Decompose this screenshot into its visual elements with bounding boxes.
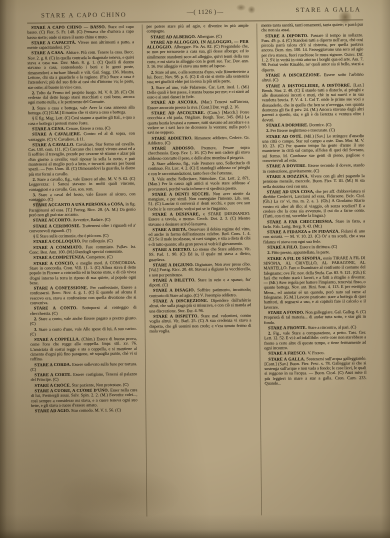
entry-headword: STARE A DENTI SECCHI.	[152, 192, 213, 197]
sense-number: 2.	[266, 129, 270, 134]
sense-paragraph: 2. Stare a cavallo, fig., vale Essere ad…	[29, 177, 136, 193]
entry-headword: STARE A DOVERE.	[267, 164, 308, 169]
sense-number: 2.	[151, 70, 155, 75]
entry-headword: STARE A DIETRO.	[153, 247, 193, 252]
dictionary-entry: STARE A COMMIATO. Fare commiato. Pallav.…	[29, 244, 136, 255]
sense-number: 2.	[267, 251, 271, 256]
entry-headword: STARE A FRONTE.	[268, 325, 308, 330]
dictionary-entry: STARE A CAVALLO. Cavalcare, Star fermo s…	[28, 142, 135, 177]
dictionary-entry: STARE A CORDA. Essere sollevato sulla fu…	[30, 362, 137, 373]
dictionary-entry: STARE AD ASCOLTARE. (Cam.) [Macch.] Porr…	[147, 110, 249, 135]
sense-number: 3.	[151, 85, 156, 90]
entry-headword: STARE A CAVALIERE.	[32, 132, 83, 137]
sense-paragraph: 2. Fig., vale Stare a comparazione, a pe…	[264, 330, 366, 350]
entry-headword: STARE A DISTOGLIERE, A DISTORRE.	[266, 83, 354, 89]
entry-headword: STARE ACCANTO A UNA PERSONA o COSA,	[33, 202, 126, 208]
scanned-dictionary-page: STARE A CAPO CHINO —( 1126 )— STARE A GA…	[0, 0, 390, 538]
dictionary-entry: STARE A DIGIUNO. Digiunare, Non aver pre…	[149, 262, 251, 278]
page-body: STARE A CAPO CHINO —( 1126 )— STARE A GA…	[27, 6, 368, 531]
sense-number: 3.	[33, 193, 39, 198]
dictionary-entry: STARE A CAPACITÀ. Vivere non altrimenti …	[27, 40, 134, 51]
running-head-left: STARE A CAPO CHINO	[41, 12, 127, 20]
sense-paragraph: per potere stare più ad agio, e divenire…	[146, 23, 248, 34]
entry-headword: STARE A CASA.	[31, 51, 65, 56]
sense-paragraph: 2. Stare addosso, fig., vale Premere uno…	[148, 161, 250, 177]
entry-headword: STARE A DIGIUNO.	[153, 263, 195, 268]
dictionary-entry: STARE A GALLA. Sostenersi sull'acqua gal…	[264, 356, 366, 386]
text-block: STARE A CAPO CHINO — BASSO. Stare col ca…	[27, 22, 368, 517]
sense-number: 3.	[152, 177, 157, 182]
dictionary-entry: STARE A CONCIO, e meglio mod. A CONCORDI…	[29, 260, 136, 285]
dictionary-entry: STARE A CONTO. Sottoporsi al conteggio d…	[30, 305, 137, 316]
sense-paragraph: 2. Stare a conto, vale anche Essere paga…	[30, 316, 137, 327]
entry-headword: STARE A CAPO CHINO — BASSO.	[31, 25, 108, 30]
dictionary-entry: STARE A COPPELLA. (Chim.) Essere di buon…	[30, 337, 137, 362]
entry-headword: STARE A FIDANZA o IN FIDANZA.	[267, 229, 341, 234]
entry-headword: STARE A COMPETENZA.	[33, 255, 86, 260]
dictionary-entry: STARE A DILETTO. Stare in ozio e a spass…	[149, 277, 251, 288]
dictionary-entry: STARE AD OSTE. (Mil.) [Sav.] Lo stringer…	[262, 133, 364, 163]
dictionary-entry: STARE A CASA. Abitare. Più com. Tenere l…	[27, 50, 134, 90]
dictionary-entry: STARE A DISCREZIONE. Dipendere dall'arbi…	[149, 298, 251, 314]
entry-headword: STARE A FAR CHECCHESSIA.	[267, 219, 336, 224]
dictionary-entry: STARE ACCANTO A UNA PERSONA o COSA, in f…	[29, 202, 136, 218]
sense-paragraph: 3. Stare ad uno, vale Fidarsene. Car. Le…	[147, 85, 249, 101]
text-column-center: per potere stare più ad agio, e divenire…	[142, 23, 253, 516]
entry-headword: STARE A DISCREZIONE.	[153, 299, 211, 304]
running-head-right: STARE A GALLA	[296, 6, 361, 14]
entry-headword: STARE A FONDO.	[268, 310, 305, 315]
sense-number: 2.	[32, 91, 37, 96]
entry-headword: STARE A DORMIRE.	[266, 123, 309, 128]
entry-headword: STARE A DISAGIO.	[153, 288, 197, 293]
entry-headword: STARE A FIL DI SINOPIA,	[267, 256, 323, 261]
dictionary-entry: STARE A DISCREZIONE. Essere sotto l'arbi…	[262, 72, 364, 83]
entry-headword: STARE AD AGIO.	[35, 409, 71, 414]
dictionary-entry: STARE A DOZZINA. Vivere con gli altri pa…	[263, 174, 365, 190]
dictionary-entry: STARE AD AGIO. Star comodo. M. V. 1. 56.…	[31, 408, 138, 414]
entry-headword: STARE A COPPELLA.	[34, 337, 81, 342]
dictionary-entry: STARE A CONFESSIONE. Per confessione, Es…	[30, 285, 137, 305]
dictionary-entry: STARE A FONDO. Non galleggiare. Gal. Gal…	[264, 310, 366, 326]
entry-headword: STARE ACCORTO.	[33, 218, 73, 223]
dictionary-entry: STARE A DESINARE, e STARE DESINANDO. Ess…	[148, 211, 250, 227]
dictionary-entry: STARE A FIL DI SINOPIA, ossia TIRARE A F…	[263, 255, 366, 309]
dictionary-entry: STARE A DIETA. Osservare il debito regim…	[148, 227, 250, 247]
entry-headword: STARE A DISPETTO.	[153, 314, 201, 319]
sense-paragraph: 3. Vale anche Sollecitare, Stimolare. Ca…	[148, 176, 250, 192]
dictionary-entry: STARE A FIDANZA o IN FIDANZA. Fidarsi di…	[263, 229, 365, 245]
entry-headword: STARE A CORTE.	[34, 373, 73, 378]
sense-number: 2.	[34, 317, 39, 322]
entry-headword: STARE A COMMIATO.	[33, 245, 85, 250]
entry-headword: STARE A CONCIO,	[33, 261, 76, 266]
entry-headword: STARE A CENA.	[32, 127, 66, 132]
dictionary-entry: STARE A CERIMONIE. Trattenersi oltre i r…	[29, 223, 136, 234]
entry-headword: STARE ADDOSSO.	[152, 146, 202, 151]
entry-headword: STARE A FILO.	[267, 245, 299, 250]
sense-paragraph: 3. Stare a caval del fosso, vale Essere …	[29, 192, 136, 203]
entry-headword: STARE A DOZZINA.	[267, 174, 311, 179]
dictionary-entry: STARE ADDIETRO. Rimanere addietro, Ceder…	[148, 135, 250, 146]
dictionary-entry: STARE A CAPO CHINO — BASSO. Stare col ca…	[27, 25, 134, 41]
entry-headword: STARE A CAVALLO.	[32, 142, 76, 147]
entry-headword: STARE A CONTO.	[34, 306, 82, 311]
dictionary-entry: STARE A DENTI SECCHI. Non aver niente da…	[148, 191, 250, 211]
dictionary-entry: STARE ADDOSSO. Premere, Pesare sopra che…	[148, 146, 250, 162]
entry-headword: STARE AD ANCORA.	[151, 100, 201, 105]
entry-headword: STARE A DESINARE,	[152, 212, 203, 217]
entry-headword: STARE A CONFESSIONE.	[34, 286, 91, 291]
dictionary-entry: STARE A DISPETTO. Stare mal volentieri, …	[149, 313, 251, 333]
entry-headword: STARE AD UNA COSA,	[267, 189, 316, 194]
entry-headword: STARE A GALLA.	[268, 357, 306, 362]
entry-headword: STARE A FRESCO.	[268, 351, 307, 356]
dictionary-entry: STARE A FAR CHECCHESSIA. Stare in fatto,…	[263, 219, 365, 230]
dictionary-entry: STARE AD ALLOGGIO, IN ALLOGGIO, — PER AL…	[147, 39, 249, 69]
running-head: STARE A CAPO CHINO —( 1126 )— STARE A GA…	[27, 6, 363, 19]
entry-headword: STARE A CERIMONIE.	[33, 223, 82, 228]
dictionary-entry: STARE A DISTOGLIERE, A DISTORRE. [Laz.] …	[262, 83, 364, 123]
entry-headword: STARE A DILETTO.	[153, 278, 198, 283]
sense-paragraph: 2. Stare ad uno, o alla sentenza d'uno, …	[147, 69, 249, 85]
dictionary-entry: STARE A CAVALIERE. Contro ed al di sopra…	[28, 131, 135, 142]
dictionary-entry: STARE A CORTE. Essere cortigiano, Teners…	[30, 372, 137, 383]
entry-headword: STARE A CROCE.	[35, 383, 72, 388]
entry-headword: STARE A DISCREZIONE.	[266, 73, 324, 78]
entry-headword: STARE A CORDA.	[34, 362, 72, 367]
sense-number: 2.	[268, 331, 273, 336]
dictionary-entry: STARE AD ANCORA. (Mar.) Tenersi sull'ànc…	[147, 100, 249, 111]
entry-headword: STARE A COLLOQUIO.	[33, 239, 82, 244]
entry-headword: STARE AD OSTE.	[266, 134, 304, 139]
text-column-right: mente tanta santità, tanti ornamenti, ta…	[256, 22, 367, 515]
entry-headword: STARE AD ASCOLTARE.	[151, 111, 207, 116]
entry-headword: STARE A CUORE, A CUORE D'UNO.	[35, 388, 111, 393]
sense-number: 2.	[33, 177, 38, 182]
sense-paragraph: mente tanta santità, tanti ornamenti, ta…	[261, 22, 363, 33]
dictionary-entry: STARE A DIETRO. Lo stesso che Stare addi…	[149, 247, 251, 263]
sense-number: 3.	[32, 106, 37, 111]
entry-headword: STARE A DIETA.	[152, 227, 188, 232]
sense-number: 2.	[152, 162, 157, 167]
page-number: —( 1126 )—	[187, 9, 224, 16]
entry-headword: STARE ADDIETRO.	[152, 136, 195, 141]
dictionary-entry: STARE AD UNA COSA, che per aff. d'abbrev…	[263, 189, 365, 219]
entry-headword: STARE AD ALLOGGIO, IN ALLOGGIO, — PER AL…	[147, 39, 249, 50]
sense-paragraph: 3. Stare a conto d'uno, vale Alle spese …	[30, 326, 137, 337]
entry-headword: STARE A DIPORTO.	[265, 33, 310, 38]
dictionary-entry: STARE A DOVERE. Essere secondo il dovere…	[263, 163, 365, 174]
sense-paragraph: § E fig. Mag. Lett. (C) Così stanno a qu…	[28, 115, 135, 126]
sense-number: 3.	[34, 327, 39, 332]
dictionary-entry: STARE A DIPORTO. Passare il tempo in sol…	[261, 33, 363, 73]
dictionary-entry: STARE A DISAGIO. Soffrire patimento, inc…	[149, 288, 251, 299]
sense-paragraph: 2. Tolto da Fermo nel proprio luogo. M. …	[28, 90, 135, 106]
entry-headword: STARE A CAPACITÀ.	[31, 40, 78, 45]
text-column-left: STARE A CAPO CHINO — BASSO. Stare col ca…	[27, 25, 138, 518]
entry-headword: STARE AD ALBERGO.	[151, 34, 198, 39]
sense-paragraph: 3. Stare a casa e bottega, vale Aver la …	[28, 105, 135, 116]
dictionary-entry: STARE A CUORE, A CUORE D'UNO. Esser nell…	[31, 388, 138, 408]
